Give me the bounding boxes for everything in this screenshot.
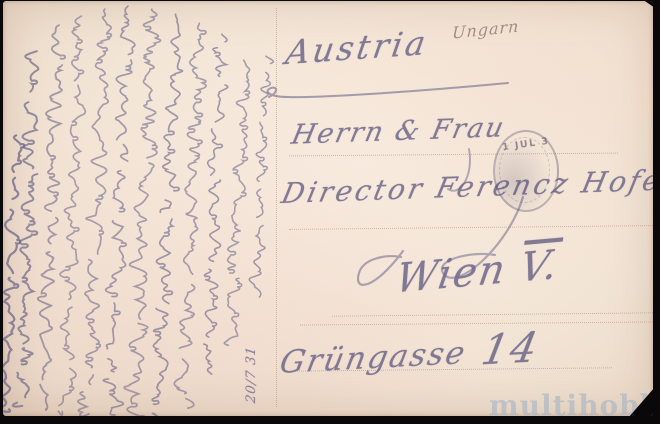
- postmark-date: 1 JUL 3: [501, 136, 550, 154]
- address-rule-3: [332, 312, 653, 316]
- address-line-2: Director Ferencz Hofer: [279, 163, 653, 210]
- address-line-1: Herrn & Frau: [289, 112, 509, 151]
- message-line: [10, 51, 46, 407]
- scanned-postcard-image: Austria Ungarn Herrn & Frau Director Fer…: [0, 0, 660, 424]
- country-label-handwriting: Austria: [283, 23, 431, 72]
- message-line: [224, 60, 252, 346]
- pencil-note-ungarn: Ungarn: [452, 16, 520, 42]
- watermark-text: multihobby: [489, 389, 653, 416]
- house-number: 14: [478, 323, 544, 375]
- message-line: [150, 14, 187, 416]
- date-note-rotated: 20/7 31: [244, 345, 259, 404]
- city-name: Wien: [393, 246, 511, 302]
- center-divider-rule: [276, 8, 277, 407]
- address-city-line: WienV.: [393, 241, 563, 302]
- message-line: [3, 135, 25, 412]
- message-line: [54, 16, 92, 416]
- address-street-line: Grüngasse14: [276, 321, 543, 383]
- address-rule-2: [289, 225, 653, 230]
- message-line: [173, 23, 210, 409]
- message-line: [77, 9, 115, 416]
- message-line: [123, 9, 163, 416]
- message-line: [100, 6, 141, 416]
- district-number: V.: [517, 241, 563, 291]
- street-name: Grüngasse: [277, 335, 470, 381]
- message-line: [198, 34, 230, 374]
- message-line: [33, 25, 67, 411]
- postcard-back: Austria Ungarn Herrn & Frau Director Fer…: [3, 1, 653, 416]
- austria-underline-stroke: [268, 83, 508, 97]
- message-line: [248, 56, 274, 307]
- address-rule-1: [289, 153, 618, 157]
- top-right-corner-clip: [642, 1, 653, 8]
